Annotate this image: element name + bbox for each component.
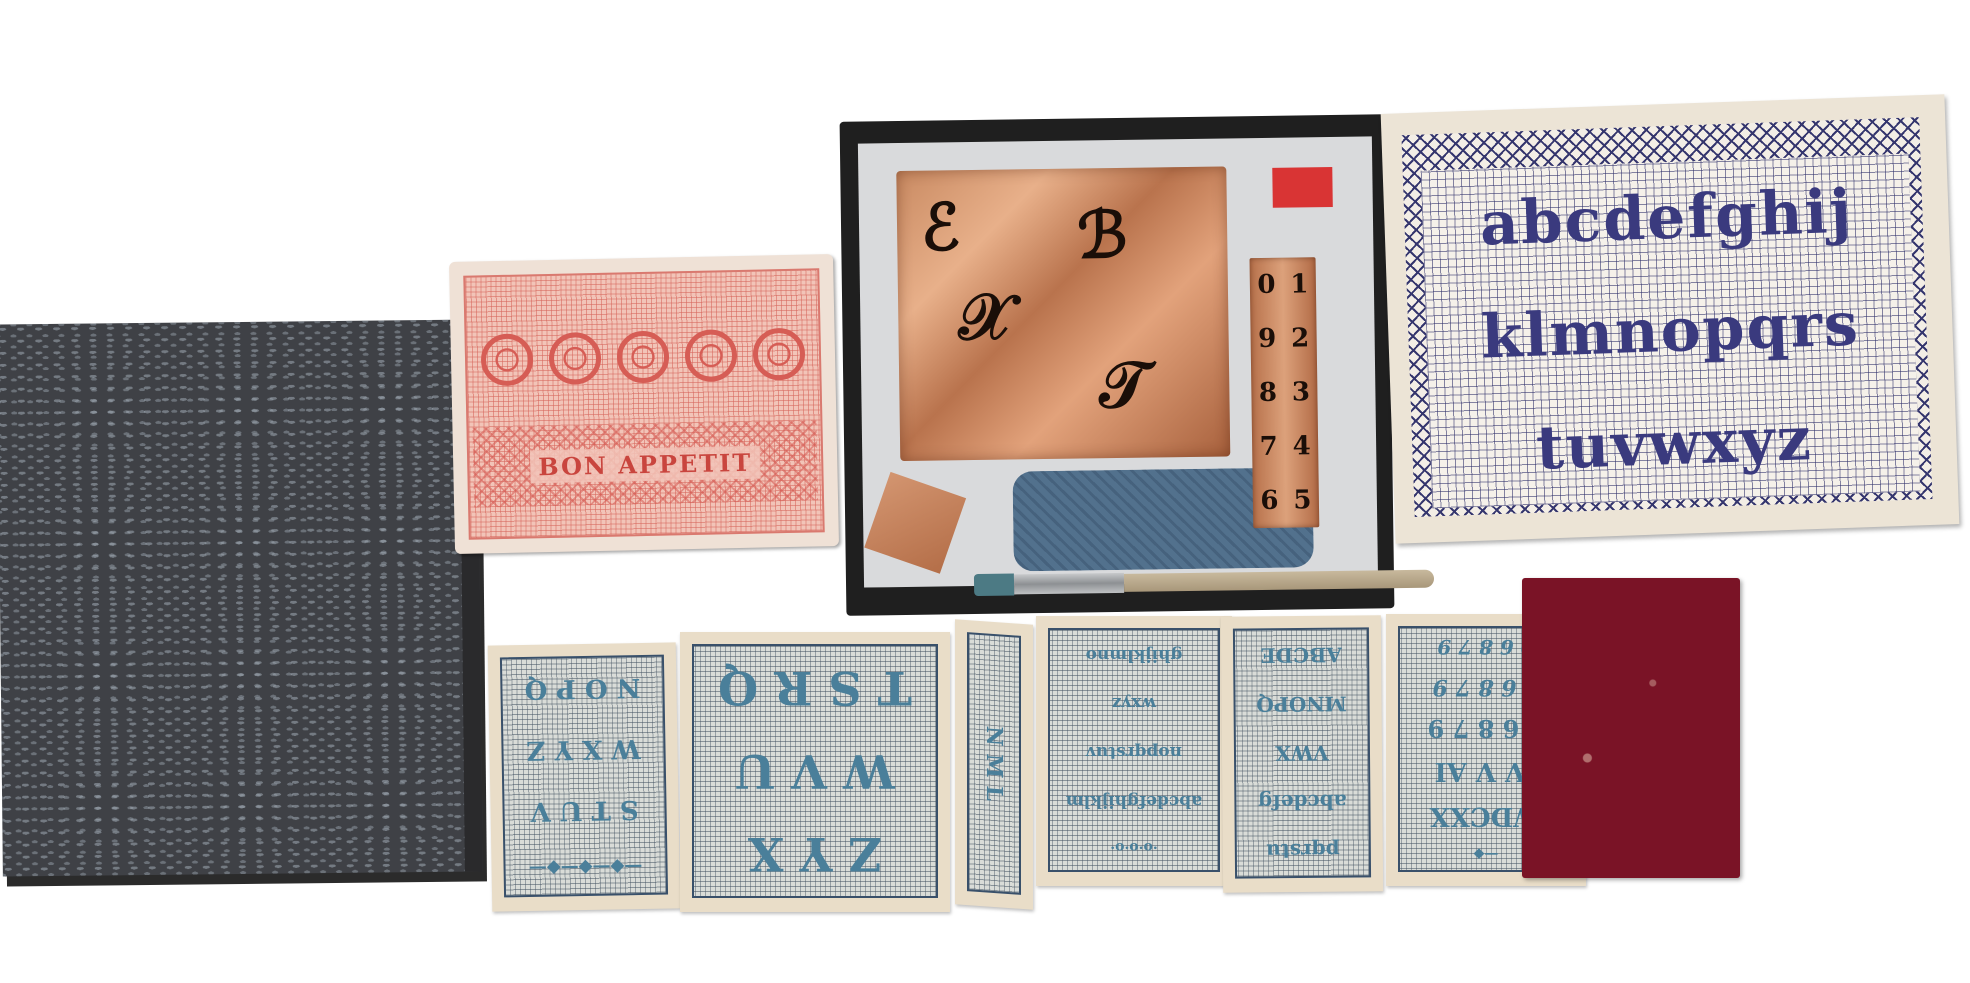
stencil-digit: 2 bbox=[1291, 323, 1310, 353]
booklet-line: S T U V bbox=[530, 797, 639, 825]
copper-stencil-fragment bbox=[864, 472, 966, 574]
booklet-grid: —◆—◆—◆— S T U V W X Y Z N O P Q bbox=[500, 655, 668, 898]
booklet-line: 0 6 8 7 9 bbox=[1437, 637, 1534, 657]
stencil-digit: 7 bbox=[1259, 432, 1278, 462]
booklet-line: Z Y X bbox=[748, 831, 882, 877]
lace-band: BON APPETIT bbox=[472, 420, 818, 507]
rose-motif bbox=[481, 333, 534, 386]
booklet-red-cover bbox=[1522, 578, 1740, 878]
booklet-grid: N M L bbox=[967, 632, 1021, 895]
booklet-line: N M L bbox=[983, 725, 1005, 802]
rose-motif bbox=[684, 329, 737, 382]
booklet-line: nopqrstuv bbox=[1086, 743, 1182, 760]
stencil-digit: 1 bbox=[1290, 269, 1309, 299]
rose-motif bbox=[616, 330, 669, 383]
booklet-grid: Z Y X W V U T S R Q bbox=[692, 644, 938, 898]
stencil-digit: 8 bbox=[1259, 378, 1278, 408]
booklet-page-folded: N M L bbox=[955, 619, 1033, 909]
booklet-line: pqrstu bbox=[1266, 841, 1340, 862]
rose-border bbox=[472, 320, 813, 393]
booklet-page: —◆—◆—◆— S T U V W X Y Z N O P Q bbox=[488, 642, 681, 911]
booklet-grid: ·o·o·o· abcdefghijklm nopqrstuv wxyz ghi… bbox=[1048, 628, 1220, 872]
stencil-digit: 5 bbox=[1293, 485, 1312, 515]
booklet-line: wxyz bbox=[1112, 694, 1156, 711]
brush-bristles bbox=[974, 573, 1014, 596]
booklet-grid: pqrstu abcdefg VWX MNOPQ ABCDE bbox=[1233, 627, 1371, 878]
booklet-line: abcdefghijklm bbox=[1066, 792, 1202, 809]
alphabet-row: abcdefghij bbox=[1479, 182, 1854, 255]
stencil-box: ℰ ℬ 𝒳 𝒯 0 1 9 2 8 3 7 4 6 5 bbox=[840, 114, 1395, 616]
stencil-digit: 9 bbox=[1258, 324, 1277, 354]
stencil-cutout: ℰ bbox=[921, 190, 961, 266]
stencil-digit: 4 bbox=[1292, 431, 1311, 461]
booklet-line: N O P Q bbox=[524, 675, 640, 703]
booklet-line: —◆ bbox=[1474, 847, 1499, 861]
booklet-page: ·o·o·o· abcdefghijklm nopqrstuv wxyz ghi… bbox=[1036, 616, 1232, 886]
brush-ferrule bbox=[1014, 573, 1124, 595]
pink-grid: BON APPETIT bbox=[463, 268, 824, 539]
booklet-line: VWX bbox=[1275, 743, 1329, 763]
stencil-digit: 0 bbox=[1257, 270, 1276, 300]
stencil-digit: 6 bbox=[1260, 486, 1279, 516]
copper-number-stencil: 0 1 9 2 8 3 7 4 6 5 bbox=[1250, 257, 1320, 528]
alphabet-grid: abcdefghij klmnopqrs tuvwxyz bbox=[1421, 154, 1920, 509]
stencil-brush bbox=[974, 566, 1434, 598]
alphabet-row: klmnopqrs bbox=[1480, 294, 1861, 367]
booklet-page: Z Y X W V U T S R Q bbox=[680, 632, 950, 912]
booklet-line: W X Y Z bbox=[526, 736, 641, 764]
alphabet-row: tuvwxyz bbox=[1535, 409, 1813, 479]
booklet-line: MNOPQ bbox=[1256, 693, 1346, 714]
stencil-cutout: 𝒳 bbox=[958, 279, 1014, 355]
box-lid bbox=[0, 320, 483, 877]
copper-letter-stencil: ℰ ℬ 𝒳 𝒯 bbox=[896, 166, 1230, 461]
bon-appetit-text: BON APPETIT bbox=[530, 445, 761, 483]
brush-handle bbox=[1124, 570, 1434, 592]
stencil-box-interior: ℰ ℬ 𝒳 𝒯 0 1 9 2 8 3 7 4 6 5 bbox=[858, 136, 1378, 587]
blue-alphabet-card: abcdefghij klmnopqrs tuvwxyz bbox=[1381, 94, 1960, 543]
red-paper-scrap bbox=[1272, 167, 1333, 208]
pink-pattern-card: BON APPETIT bbox=[449, 254, 839, 554]
booklet-line: abcdefg bbox=[1258, 792, 1347, 813]
stencil-cutout: 𝒯 bbox=[1099, 348, 1149, 424]
booklet-line: ABCDE bbox=[1260, 644, 1341, 665]
stencil-digit: 3 bbox=[1292, 377, 1311, 407]
rose-motif bbox=[548, 332, 601, 385]
booklet-line: T S R Q bbox=[718, 665, 912, 711]
booklet-line: W V U bbox=[735, 748, 895, 794]
booklet-line: —◆—◆—◆— bbox=[529, 857, 643, 877]
stencil-cutout: ℬ bbox=[1077, 198, 1128, 274]
booklet-line: ·o·o·o· bbox=[1110, 840, 1158, 854]
booklet-page: pqrstu abcdefg VWX MNOPQ ABCDE bbox=[1221, 615, 1383, 892]
rose-motif bbox=[752, 328, 805, 381]
booklet-line: ghijklmno bbox=[1086, 646, 1183, 663]
